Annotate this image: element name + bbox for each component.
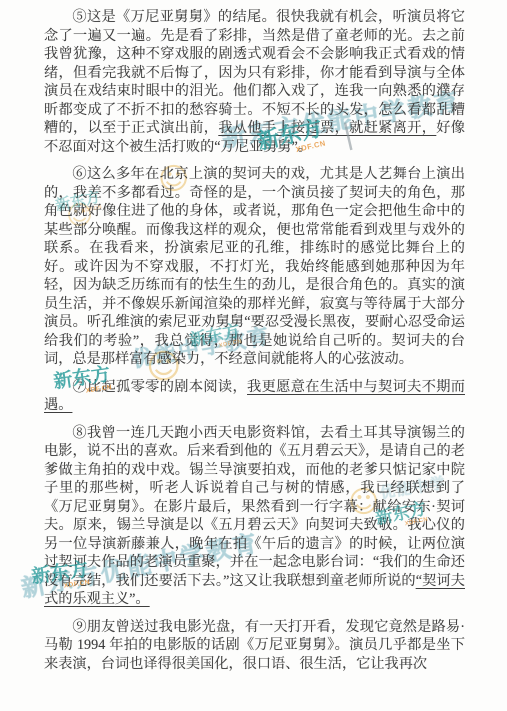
paragraph: ⑧我曾一连几天跑小西天电影资料馆，去看土耳其导演锡兰的电影，说不出的喜欢。后来看… bbox=[44, 424, 465, 609]
paragraph: ⑨朋友曾送过我电影光盘，有一天打开看，发现它竟然是路易·马勒 1994 年拍的电… bbox=[44, 618, 465, 674]
underlined-text: 我从他手上接过票，就赶紧离开， bbox=[218, 120, 436, 136]
text-run: ⑦比起孤零零的剧本阅读， bbox=[72, 379, 247, 395]
scanned-document-page: 新东方优能中学教育 优能中学教育 新东方优能中学教育 优能中学 ☺ ☺ ☺ ☺ … bbox=[0, 0, 507, 711]
text-run: ⑧我曾一连几天跑小西天电影资料馆，去看土耳其导演锡兰的电影，说不出的喜欢。后来看… bbox=[44, 425, 465, 589]
text-run: ⑤这是《万尼亚舅舅》的结尾。很快我就有机会，听演员将它念了一遍又一遍。先是看了彩… bbox=[44, 9, 465, 136]
document-text: ⑤这是《万尼亚舅舅》的结尾。很快我就有机会，听演员将它念了一遍又一遍。先是看了彩… bbox=[44, 8, 465, 682]
paragraph: ⑤这是《万尼亚舅舅》的结尾。很快我就有机会，听演员将它念了一遍又一遍。先是看了彩… bbox=[44, 8, 465, 156]
text-run: ⑨朋友曾送过我电影光盘，有一天打开看，发现它竟然是路易·马勒 1994 年拍的电… bbox=[44, 619, 465, 672]
paragraph: ⑥这么多年在北京上演的契诃夫的戏，尤其是人艺舞台上演出的，我差不多都看过。奇怪的… bbox=[44, 165, 465, 369]
paragraph: ⑦比起孤零零的剧本阅读，我更愿意在生活中与契诃夫不期而遇。 bbox=[44, 378, 465, 415]
text-run: ⑥这么多年在北京上演的契诃夫的戏，尤其是人艺舞台上演出的，我差不多都看过。奇怪的… bbox=[44, 166, 465, 367]
